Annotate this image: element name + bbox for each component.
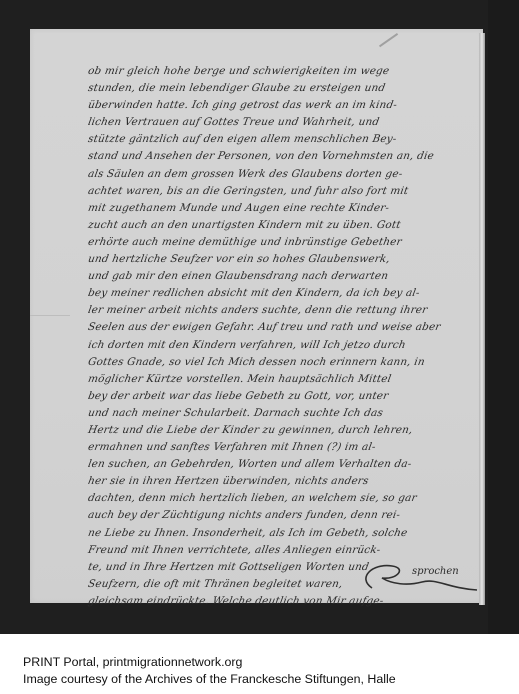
manuscript-line: dachten, denn mich hertzlich lieben, an … bbox=[86, 490, 471, 507]
manuscript-line: her sie in ihren Hertzen überwinden, nic… bbox=[86, 473, 471, 490]
manuscript-line: achtet waren, bis an die Geringsten, und… bbox=[86, 183, 471, 200]
manuscript-line: bey der arbeit war das liebe Gebeth zu G… bbox=[86, 388, 471, 405]
manuscript-line: ermahnen und sanftes Verfahren mit Ihnen… bbox=[86, 439, 471, 456]
manuscript-line: möglicher Kürtze vorstellen. Mein haupts… bbox=[86, 371, 471, 388]
scan-right-border bbox=[488, 0, 519, 634]
manuscript-line: ich dorten mit den Kindern verfahren, wi… bbox=[86, 337, 471, 354]
manuscript-line: und gab mir den einen Glaubensdrang nach… bbox=[86, 268, 471, 285]
page-fold-mark bbox=[30, 315, 70, 316]
manuscript-line: Gottes Gnade, so viel Ich Mich dessen no… bbox=[86, 354, 471, 371]
page-edge bbox=[479, 33, 485, 605]
caption-credit: Image courtesy of the Archives of the Fr… bbox=[23, 671, 396, 688]
signature-flourish bbox=[352, 558, 482, 598]
image-caption: PRINT Portal, printmigrationnetwork.org … bbox=[23, 654, 396, 688]
manuscript-line: Hertz und die Liebe der Kinder zu gewinn… bbox=[86, 422, 471, 439]
caption-source: PRINT Portal, printmigrationnetwork.org bbox=[23, 654, 396, 671]
manuscript-line: ne Liebe zu Ihnen. Insonderheit, als Ich… bbox=[86, 525, 471, 542]
manuscript-line: len suchen, an Gebehrden, Worten und all… bbox=[86, 456, 471, 473]
manuscript-line: Seelen aus der ewigen Gefahr. Auf treu u… bbox=[86, 319, 471, 336]
manuscript-line: lichen Vertrauen auf Gottes Treue und Wa… bbox=[86, 114, 471, 131]
manuscript-line: und hertzliche Seufzer vor ein so hohes … bbox=[86, 251, 471, 268]
manuscript-line: als Säulen an dem grossen Werk des Glaub… bbox=[86, 166, 471, 183]
manuscript-line: Freund mit Ihnen verrichtete, alles Anli… bbox=[86, 542, 471, 559]
manuscript-line: zucht auch an den unartigsten Kindern mi… bbox=[86, 217, 471, 234]
manuscript-line: mit zugethanem Munde und Augen eine rech… bbox=[86, 200, 471, 217]
manuscript-line: stützte gäntzlich auf den eigen allem me… bbox=[86, 131, 471, 148]
manuscript-line: auch bey der Züchtigung nichts anders fu… bbox=[86, 507, 471, 524]
manuscript-line: ob mir gleich hohe berge und schwierigke… bbox=[86, 63, 471, 80]
manuscript-line: stunden, die mein lebendiger Glaube zu e… bbox=[86, 80, 471, 97]
manuscript-line: erhörte auch meine demüthige und inbrüns… bbox=[86, 234, 471, 251]
manuscript-line: ler meiner arbeit nichts anders suchte, … bbox=[86, 302, 471, 319]
manuscript-line: stand und Ansehen der Personen, von den … bbox=[86, 148, 471, 165]
manuscript-line: überwinden hatte. Ich ging getrost das w… bbox=[86, 97, 471, 114]
manuscript-line: bey meiner redlichen absicht mit den Kin… bbox=[86, 285, 471, 302]
handwritten-text: ob mir gleich hohe berge und schwierigke… bbox=[88, 63, 470, 610]
manuscript-line: und nach meiner Schularbeit. Darnach suc… bbox=[86, 405, 471, 422]
